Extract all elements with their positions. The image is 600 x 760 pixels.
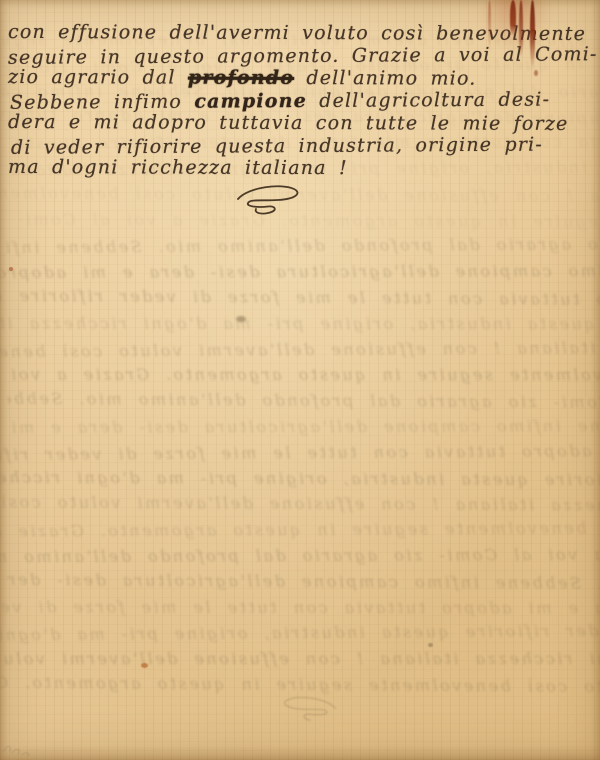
letter-line: con effusione dell'avermi voluto così be…	[8, 21, 598, 46]
foxing-speck	[141, 663, 148, 668]
letter-line: di veder rifiorire questa industria, ori…	[8, 133, 598, 159]
letter-segment: Sebbene infimo	[10, 90, 194, 113]
bleed-row: e infimo campione dell'agricoltura desi-…	[0, 261, 600, 282]
bleed-row: i al Comi- zio agrario dal profondo dell…	[8, 389, 600, 412]
letter-line: zio agrario dal profondo dell'animo mio.	[8, 66, 598, 91]
letter-segment: dell'agricoltura desi-	[307, 88, 550, 111]
bleed-row: d'ogni ricchezza italiana ! con effusion…	[0, 649, 600, 668]
bleed-row: zza italiana ! con effusione dell'avermi…	[0, 337, 600, 361]
bleed-row: ricchezza italiana ! con effusione dell'…	[0, 493, 600, 515]
bleed-row: e mi adopro tuttavia con tutte le mie fo…	[0, 441, 600, 464]
letter-page: con effusione dell'avermi voluto così be…	[0, 0, 600, 760]
letter-segment: campione	[194, 89, 307, 112]
letter-segment: con effusione dell'avermi voluto così be…	[8, 21, 586, 45]
bleedthrough-flourish-icon	[278, 693, 340, 727]
signature-flourish-icon	[234, 181, 304, 221]
letter-segment: profondo	[188, 67, 294, 89]
foxing-speck	[9, 267, 13, 271]
letter-segment: dera e mi adopro tuttavia con tutte le m…	[8, 111, 569, 135]
bleed-row: Sebbene infimo campione dell'agricoltura…	[3, 416, 600, 437]
bleed-row: o mio. Sebbene infimo campione dell'agri…	[7, 570, 600, 593]
bleed-row: rire questa industria, origine pri- ma d…	[0, 313, 600, 333]
bleed-row: mi- zio agrario dal profondo dell'animo …	[4, 234, 600, 257]
bleed-row: enevolmente seguire in questo argomento.…	[0, 365, 600, 385]
bleed-row: di veder rifiorire questa industria, ori…	[0, 621, 600, 645]
bleed-row: così benevolmente seguire in questo argo…	[0, 518, 600, 541]
bleed-row: ie a voi al Comi- zio agrario dal profon…	[0, 545, 600, 566]
bleed-row: r rifiorire questa industria, origine pr…	[0, 467, 600, 489]
bleed-row: ente seguire in questo argomento. Grazie…	[9, 209, 600, 231]
letter-line: dera e mi adopro tuttavia con tutte le m…	[8, 111, 598, 136]
foxing-speck	[428, 643, 433, 647]
letter-segment: di veder rifiorire questa industria, ori…	[11, 133, 543, 158]
foxing-speck	[236, 316, 246, 322]
letter-line: ma d'ogni ricchezza italiana !	[8, 156, 598, 181]
bleed-row: dopro tuttavia con tutte le mie forze di…	[0, 286, 600, 309]
letter-segment: ma d'ogni ricchezza italiana !	[8, 156, 348, 179]
letter-text: con effusione dell'avermi voluto così be…	[8, 22, 598, 180]
letter-line: seguire in questo argomento. Grazie a vo…	[8, 43, 598, 69]
letter-segment: dell'animo mio.	[294, 67, 476, 90]
corner-scribble-icon	[2, 733, 36, 757]
letter-segment: zio agrario dal	[8, 66, 188, 89]
letter-line: Sebbene infimo campione dell'agricoltura…	[8, 88, 598, 114]
bleed-row: - dera e mi adopro tuttavia con tutte le…	[2, 597, 600, 617]
letter-segment: seguire in questo argomento. Grazie a vo…	[8, 43, 598, 69]
